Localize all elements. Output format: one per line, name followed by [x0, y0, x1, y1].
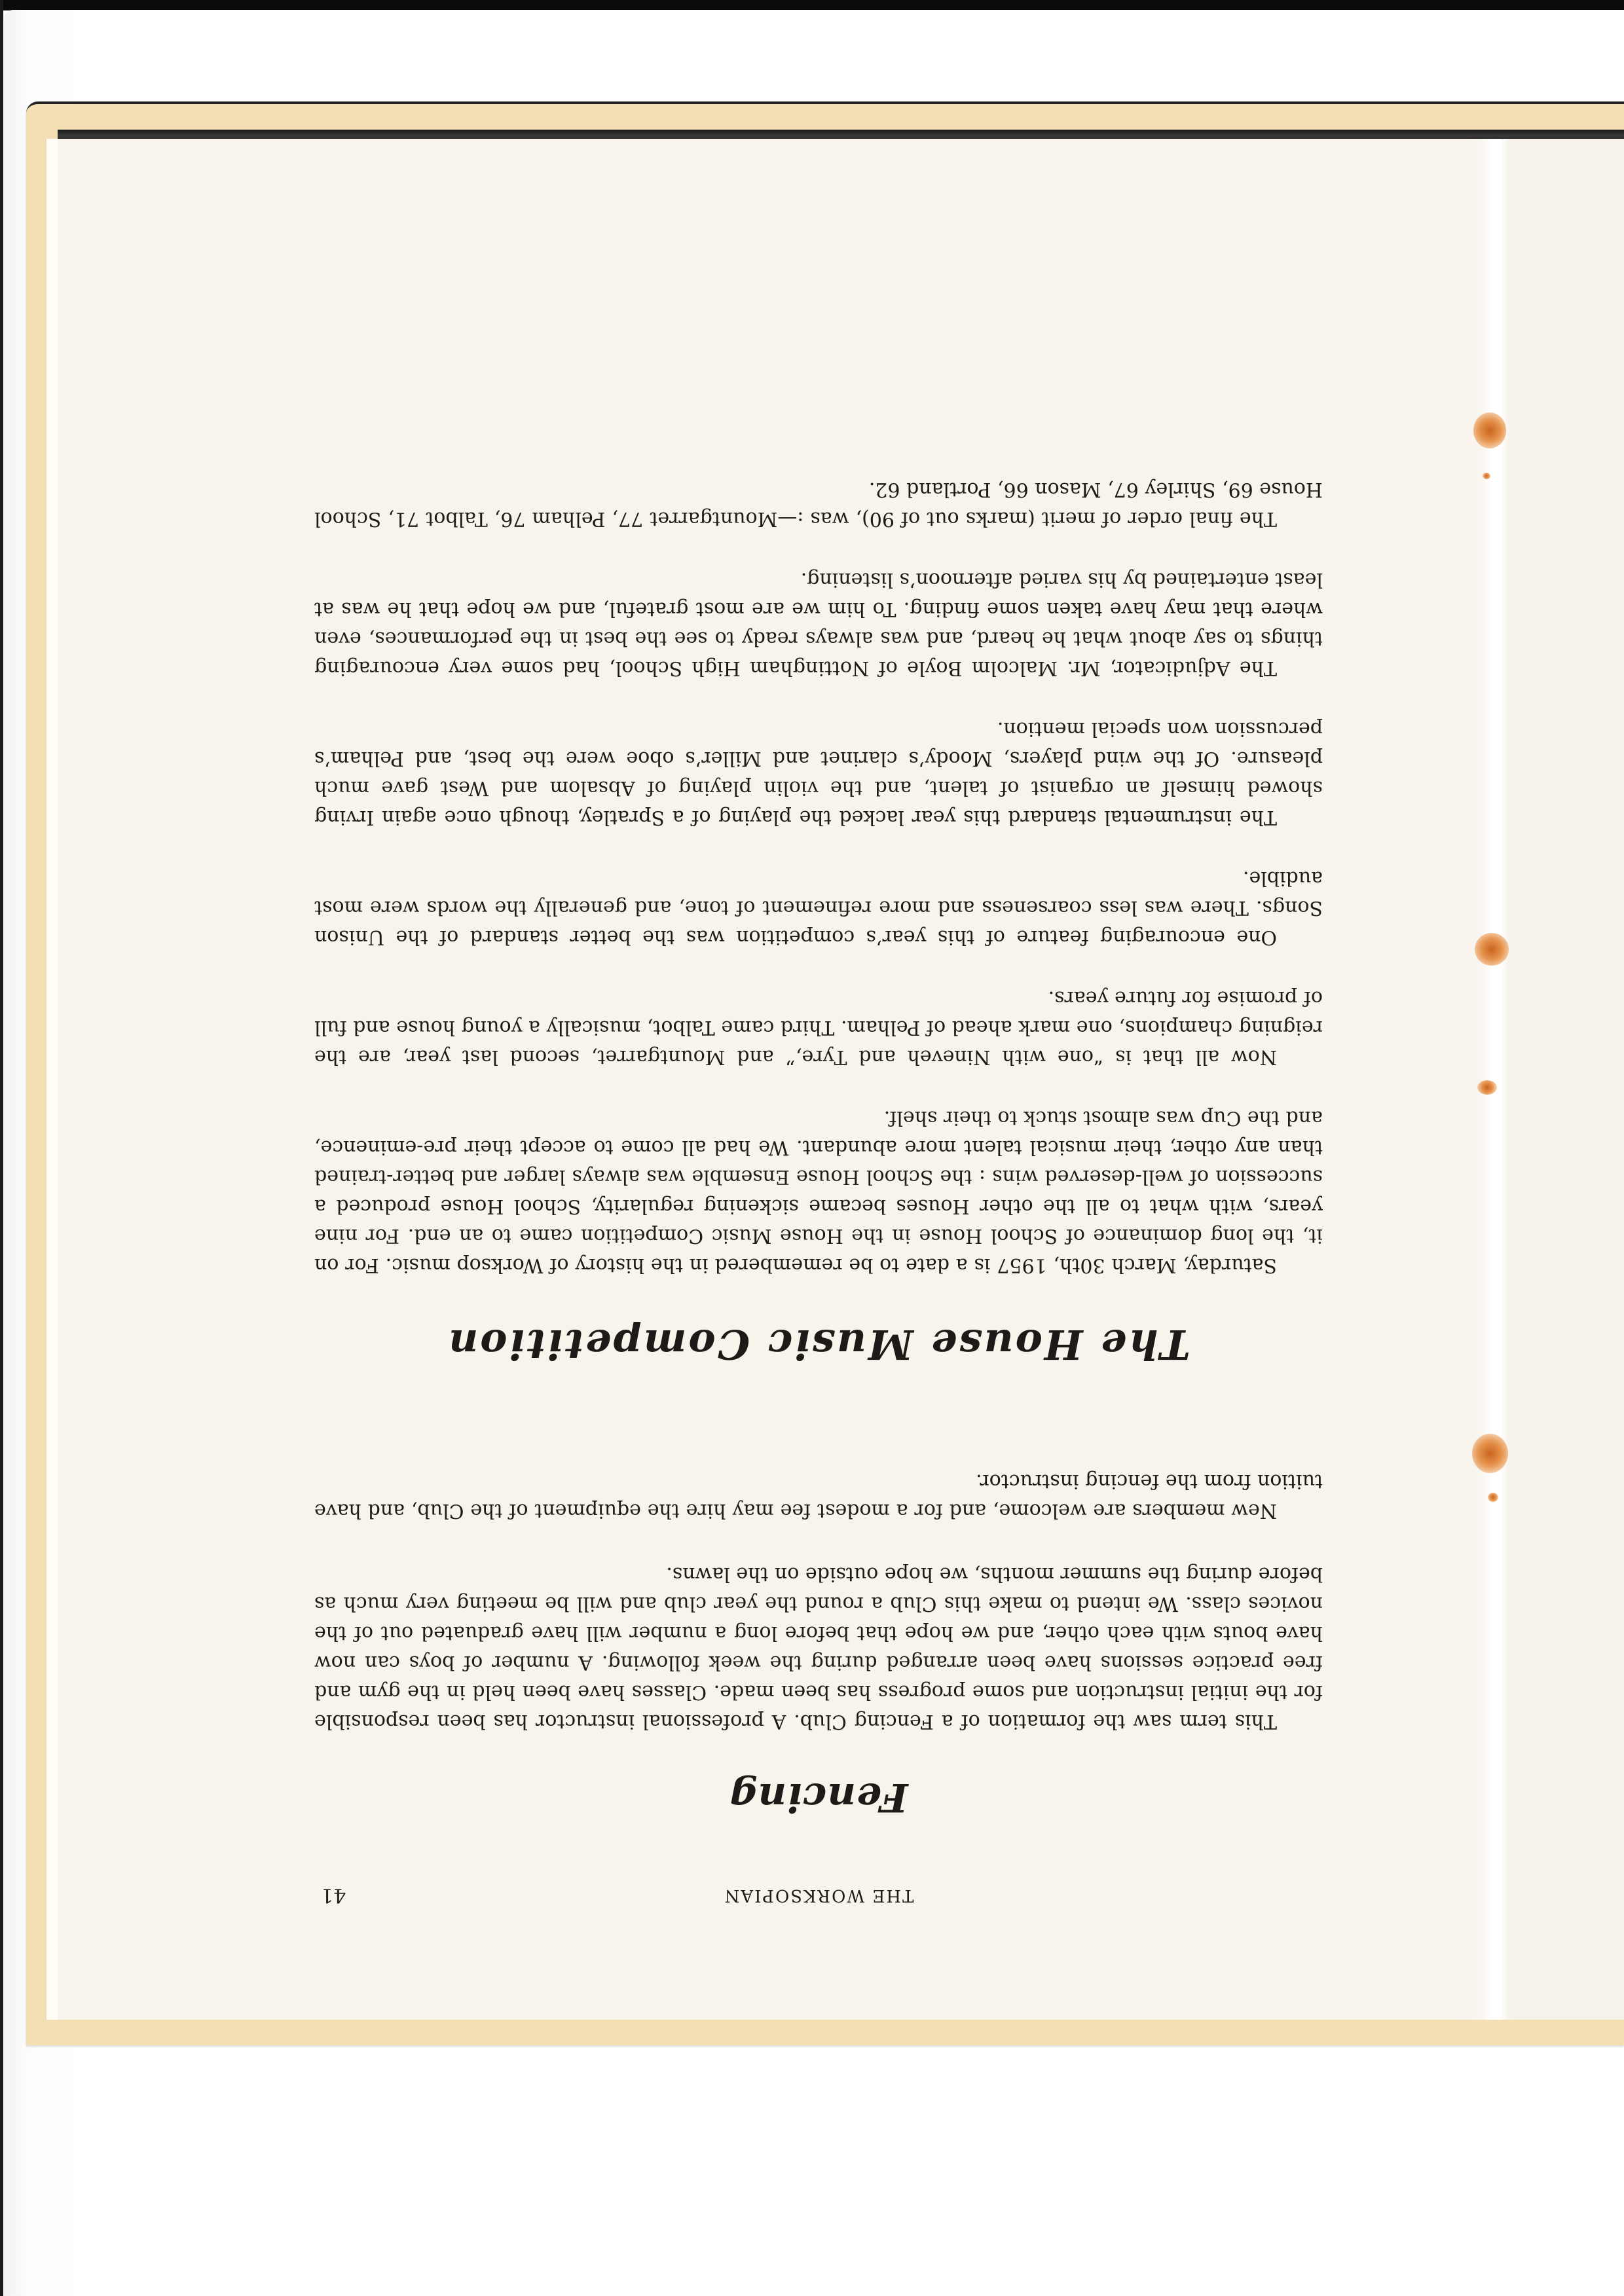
stain-mark — [1483, 473, 1490, 479]
right-page — [1503, 139, 1624, 2020]
stain-mark — [1473, 412, 1506, 448]
paragraph: One encouraging feature of this year’s c… — [314, 864, 1323, 952]
paragraph: The final order of merit (marks out of 9… — [314, 475, 1323, 534]
page-stack-edge — [46, 139, 58, 2020]
section-title: The House Music Competition — [314, 1321, 1323, 1368]
paragraph: New members are welcome, and for a modes… — [314, 1467, 1323, 1525]
scanner-edge-left — [0, 0, 3, 2296]
stain-mark — [1477, 1080, 1497, 1095]
running-title: THE WORKSOPIAN — [314, 1886, 1323, 1905]
stain-mark — [1472, 1434, 1508, 1473]
stain-mark — [1475, 933, 1509, 966]
paragraph: The Adjudicator, Mr. Malcolm Boyle of No… — [314, 565, 1323, 683]
stain-mark — [1488, 1493, 1498, 1502]
paragraph: Now all that is “one with Nineveh and Ty… — [314, 983, 1323, 1072]
paragraph: Saturday, March 30th, 1957 is a date to … — [314, 1103, 1323, 1280]
page-number: 41 — [321, 1884, 346, 1906]
section-house-music: The House Music Competition Saturday, Ma… — [314, 475, 1323, 1368]
paragraph: The instrumental standard this year lack… — [314, 714, 1323, 832]
printed-page-content: THE WORKSOPIAN 41 Fencing This term saw … — [314, 367, 1323, 1905]
section-fencing: Fencing This term saw the formation of a… — [314, 1467, 1323, 1820]
scanner-edge-top — [0, 0, 1624, 10]
running-head: THE WORKSOPIAN 41 — [314, 1879, 1323, 1905]
paragraph: This term saw the formation of a Fencing… — [314, 1559, 1323, 1736]
section-title: Fencing — [314, 1774, 1323, 1820]
